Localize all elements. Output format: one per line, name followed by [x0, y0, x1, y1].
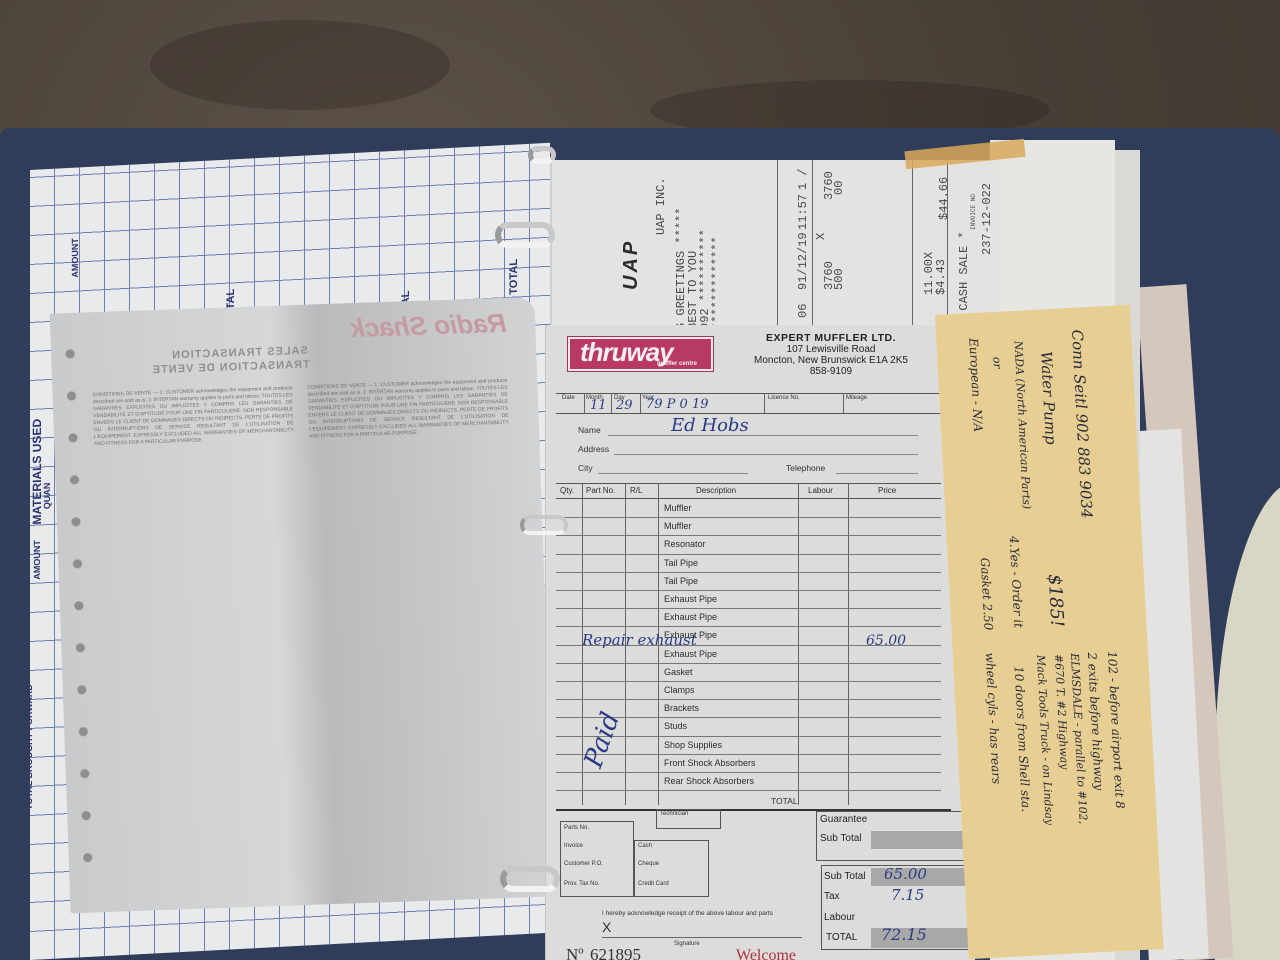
table-row-line [556, 554, 941, 555]
grid-label-amount: AMOUNT [70, 238, 80, 278]
floor-stain [150, 20, 450, 110]
grid-label-total-brought-forward: TOTAL BROUGHT FORWARD [30, 684, 34, 810]
note-line-airport: 102 - before airport exit 8 [1105, 651, 1127, 809]
date-row-top [556, 393, 941, 394]
subtotal2-value: 65.00 [884, 865, 927, 883]
company-address: 107 Lewisville Road [726, 344, 936, 355]
table-row-description: Exhaust Pipe [664, 612, 717, 622]
grid-label-total: TOTAL [508, 259, 520, 295]
tax-label: Tax [824, 891, 840, 902]
header-rl: R/L [630, 486, 642, 495]
table-row-description: Rear Shock Absorbers [664, 776, 754, 786]
uap-divider [777, 160, 778, 330]
address-label: Address [578, 444, 609, 454]
uap-logo: UAP [620, 239, 643, 290]
licence-label: Licence No. [768, 395, 800, 401]
subtotal1-shade [871, 831, 963, 849]
uap-invoice-no-label: INVOICE NO [970, 194, 977, 230]
header-qty: Qty. [560, 486, 574, 495]
note-line-wheel-cyls: wheel cyls - has rears [983, 652, 1004, 784]
terms-fine-print-right: CONDITIONS DE VENTE — 1. CUSTOMER acknow… [307, 378, 524, 885]
note-line-european: European - N/A [966, 338, 985, 433]
uap-divider [812, 160, 813, 330]
total-value: 72.15 [881, 925, 927, 944]
company-name: EXPERT MUFFLER LTD. [726, 333, 936, 344]
table-row-description: Gasket [664, 667, 693, 677]
customer-po-label: Customer P.O. [564, 861, 603, 867]
company-block: EXPERT MUFFLER LTD. 107 Lewisville Road … [726, 333, 936, 377]
table-row-line [556, 754, 941, 755]
cash-label: Cash [638, 843, 652, 849]
table-row-line [556, 608, 941, 609]
address-line [614, 454, 918, 455]
table-header-bottom [556, 498, 941, 499]
header-labour: Labour [808, 486, 833, 495]
table-row-description: Clamps [664, 685, 695, 695]
header-part-no: Part No. [586, 486, 615, 495]
terms-fine-print-left: CONDITIONS DE VENTE — 1. CUSTOMER acknow… [92, 385, 309, 892]
uap-net-2: 00 [832, 181, 846, 195]
table-row-line [556, 699, 941, 700]
mileage-label: Mileage [846, 395, 867, 401]
note-line-or: or [990, 356, 1004, 369]
company-city: Moncton, New Brunswick E1A 2K5 [726, 355, 936, 366]
table-row-line [556, 535, 941, 536]
thruway-logo: thruway muffler centre [568, 337, 713, 371]
header-description: Description [696, 486, 736, 495]
name-line [608, 435, 918, 436]
thruway-logo-subtext: muffler centre [657, 361, 697, 367]
binder-ring-middle [520, 515, 568, 535]
subtotal2-label: Sub Total [824, 871, 866, 882]
invoice-number-prefix: Nº [566, 945, 584, 960]
telephone-label: Telephone [786, 463, 825, 473]
uap-greeting-4: ************* [710, 236, 724, 330]
header-price: Price [878, 486, 896, 495]
cheque-label: Cheque [638, 861, 659, 867]
labour-label: Labour [824, 912, 855, 923]
invoice-label: Invoice [564, 843, 583, 849]
perforation-holes [62, 333, 96, 893]
credit-card-label: Credit Card [638, 881, 669, 887]
table-row-description: Muffler [664, 521, 691, 531]
table-row-line [556, 572, 941, 573]
uap-company: UAP INC. [654, 177, 668, 235]
table-row-description: Resonator [664, 539, 706, 549]
table-row-description: Studs [664, 721, 687, 731]
uap-qty: 06 [796, 304, 810, 318]
table-row-line [556, 517, 941, 518]
day-value: 29 [616, 398, 633, 413]
note-line-shell: 10 doors from Shell sta. [1011, 666, 1033, 813]
radio-shack-brand: Radio Shack [350, 308, 507, 344]
subtotal1-label: Sub Total [820, 833, 862, 844]
table-row-description: Shop Supplies [664, 740, 722, 750]
guarantee-label: Guarantee [820, 814, 867, 825]
tax-value: 7.15 [891, 886, 924, 904]
month-value: 11 [590, 398, 607, 413]
date-row-bottom [556, 413, 941, 414]
date-label: Date [562, 395, 575, 401]
uap-unit-2: 500 [832, 268, 846, 290]
grid-label-amount-2: AMOUNT [32, 540, 42, 580]
binder-ring-top [495, 222, 555, 248]
uap-invoice-no: 237-12-022 [980, 183, 994, 255]
table-row-line [556, 663, 941, 664]
uap-x-mark: X [814, 233, 828, 240]
table-row-description: Exhaust Pipe [664, 649, 717, 659]
welcome-text: Welcome [736, 947, 796, 960]
telephone-line [836, 473, 918, 474]
table-row-line [556, 681, 941, 682]
note-line-price: $185! [1044, 574, 1068, 628]
note-line-order: 4.Yes - Order it [1007, 536, 1026, 628]
uap-date: 91/12/19 [796, 232, 810, 290]
handwritten-price: 65.00 [866, 633, 906, 649]
table-row-description: Tail Pipe [664, 558, 698, 568]
table-row-description: Exhaust Pipe [664, 594, 717, 604]
signature-x: X [602, 919, 611, 935]
table-row-description: Muffler [664, 503, 691, 513]
binder-ring-post [528, 146, 556, 164]
uap-tax-amount: $4.43 [934, 259, 948, 295]
invoice-number: 621895 [590, 945, 641, 960]
date-divider [843, 393, 844, 413]
note-line-exits: 2 exits before highway [1085, 652, 1106, 791]
date-divider [584, 393, 585, 413]
uap-divider [912, 160, 913, 330]
date-divider [640, 393, 641, 413]
handwritten-description: Repair exhaust [582, 631, 697, 649]
table-row-description: Brackets [664, 703, 699, 713]
signature-line [602, 937, 802, 938]
uap-total: $44.66 [937, 177, 951, 220]
note-line-gasket: Gasket 2.50 [978, 557, 996, 630]
uap-divider [947, 160, 948, 330]
customer-name-value: Ed Hobs [671, 415, 749, 436]
table-row-line [556, 626, 941, 627]
city-label: City [578, 463, 593, 473]
uap-time: 11:57 [796, 194, 810, 230]
technician-label: Technician [660, 811, 688, 817]
signature-label: Signature [674, 941, 700, 947]
table-total-label: TOTAL [771, 796, 798, 806]
name-label: Name [578, 425, 601, 435]
table-row-line [556, 772, 941, 773]
table-row-line [556, 790, 941, 791]
note-line-contact: Conn Seitl 902 883 9034 [1068, 329, 1096, 519]
radio-shack-carbon-copy: Radio Shack SALES TRANSACTION TRANSACTIO… [50, 297, 556, 914]
uap-cash-sale: * CASH SALE * [957, 231, 971, 325]
company-phone: 858-9109 [726, 366, 936, 377]
note-line-nada: NADA (North American Parts) [1011, 340, 1033, 509]
table-row-description: Tail Pipe [664, 576, 698, 586]
year-value: 79 P 0 19 [646, 397, 709, 412]
date-divider [611, 393, 612, 413]
acknowledge-text: I hereby acknowledge receipt of the abov… [602, 910, 773, 917]
prov-tax-label: Prov. Tax No. [564, 881, 599, 887]
note-line-water-pump: Water Pump [1037, 351, 1060, 445]
uap-page: 1 / [796, 168, 810, 190]
city-line [598, 473, 748, 474]
table-top [556, 483, 941, 484]
sticky-note: Conn Seitl 902 883 9034 Water Pump NADA … [935, 305, 1163, 959]
thruway-invoice: thruway muffler centre EXPERT MUFFLER LT… [545, 325, 975, 960]
parts-no-label: Parts No. [564, 825, 589, 831]
uap-receipt: UAP UAP INC. S GREETINGS ***** BEST TO Y… [550, 160, 1000, 330]
date-divider [764, 393, 765, 413]
grid-label-quan: QUAN [42, 482, 52, 509]
table-row-description: Front Shock Absorbers [664, 758, 756, 768]
binder-ring-bottom [500, 866, 560, 892]
table-row-line [556, 590, 941, 591]
total-label: TOTAL [826, 932, 857, 943]
